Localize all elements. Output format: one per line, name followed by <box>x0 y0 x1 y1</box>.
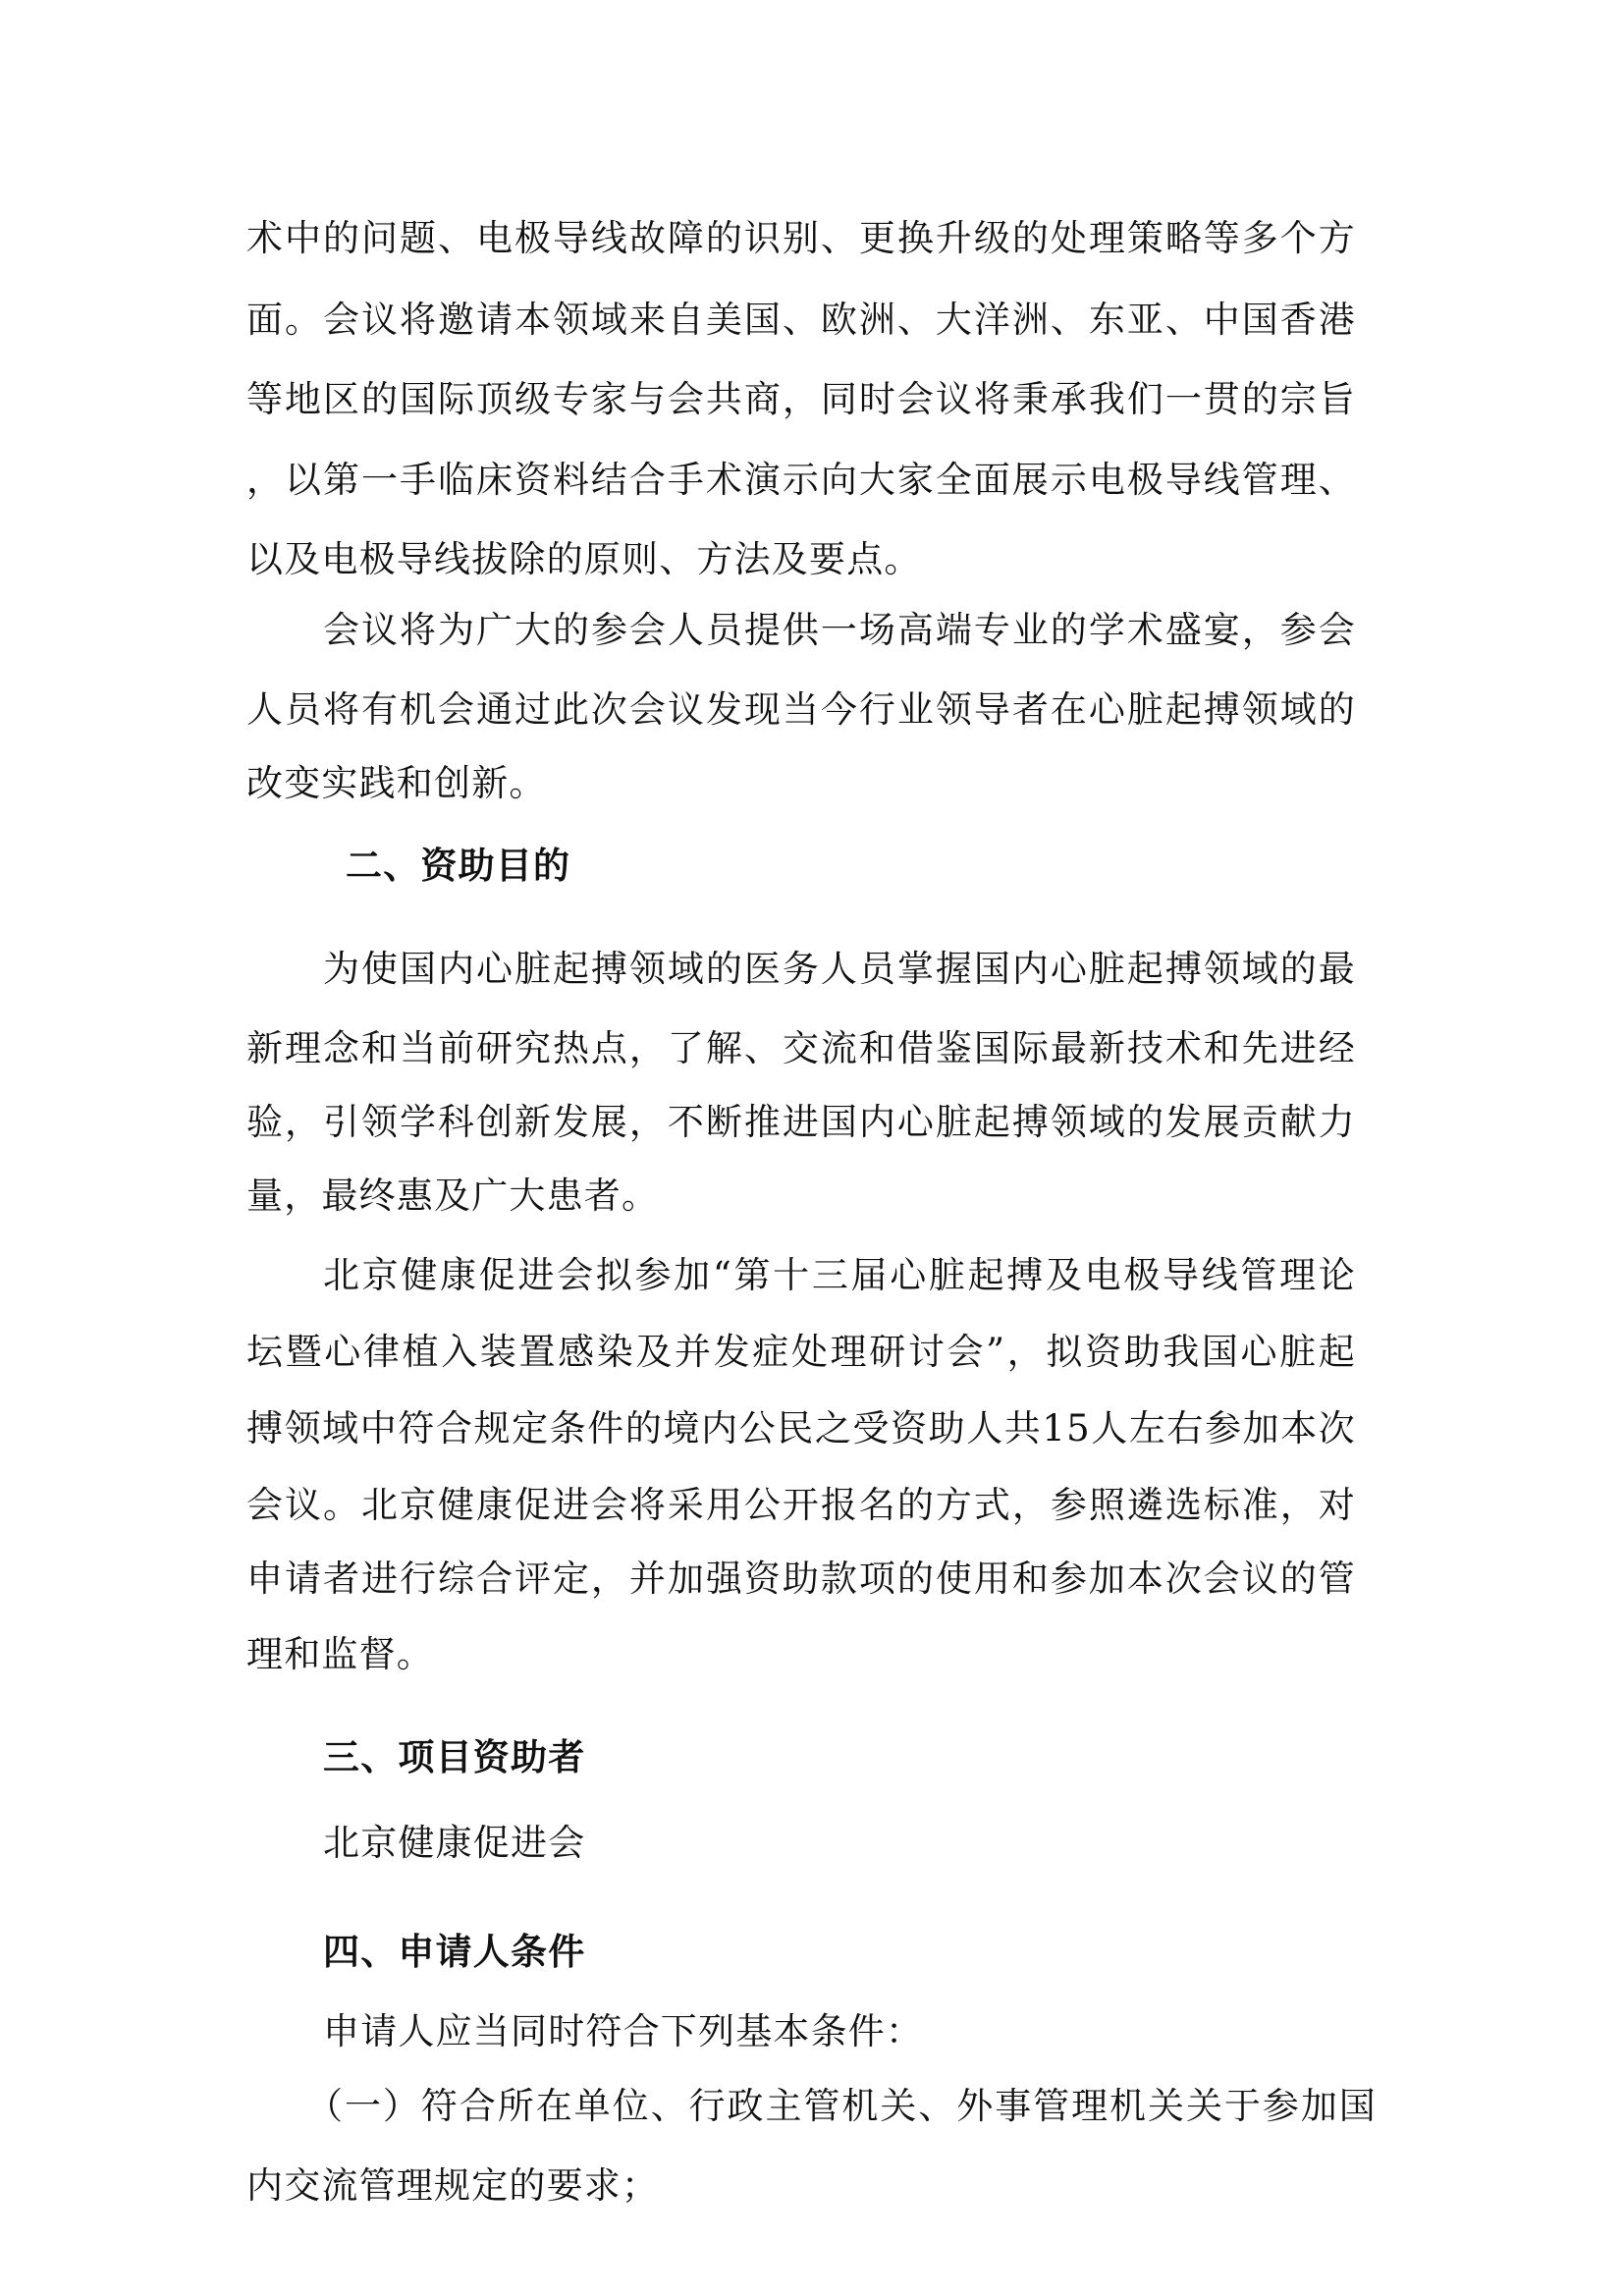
body-line: 等地区的国际顶级专家与会共商，同时会议将秉承我们一贯的宗旨 <box>246 378 1356 421</box>
body-line: ，以第一手临床资料结合手术演示向大家全面展示电极导线管理、 <box>246 459 1356 502</box>
body-line: 申请人应当同时符合下列基本条件： <box>323 2010 1356 2053</box>
body-line: 坛暨心律植入装置感染及并发症处理研讨会”，拟资助我国心脏起 <box>246 1331 1356 1374</box>
body-line: 北京健康促进会拟参加“第十三届心脏起搏及电极导线管理论 <box>323 1254 1356 1297</box>
body-line: 理和监督。 <box>246 1633 1356 1676</box>
body-line: 验，引领学科创新发展，不断推进国内心脏起搏领域的发展贡献力 <box>246 1101 1356 1144</box>
document-page: 术中的问题、电极导线故障的识别、更换升级的处理策略等多个方 面。会议将邀请本领域… <box>0 0 1623 2296</box>
body-line: 北京健康促进会 <box>323 1822 1356 1865</box>
body-line: 以及电极导线拔除的原则、方法及要点。 <box>246 538 1356 581</box>
body-line: 人员将有机会通过此次会议发现当今行业领导者在心脏起搏领域的 <box>246 688 1356 732</box>
body-line: 术中的问题、电极导线故障的识别、更换升级的处理策略等多个方 <box>246 217 1356 260</box>
body-line: 改变实践和创新。 <box>246 762 1356 805</box>
section-heading: 二、资助目的 <box>346 845 1455 888</box>
body-line: 搏领域中符合规定条件的境内公民之受资助人共15人左右参加本次 <box>246 1407 1356 1450</box>
body-line: 为使国内心脏起搏领域的医务人员掌握国内心脏起搏领域的最 <box>323 948 1356 991</box>
list-item-line: （一）符合所在单位、行政主管机关、外事管理机关关于参加国 <box>306 2085 1377 2128</box>
body-line: 申请者进行综合评定，并加强资助款项的使用和参加本次会议的管 <box>246 1558 1356 1601</box>
body-line: 会议将为广大的参会人员提供一场高端专业的学术盛宴，参会 <box>323 609 1356 652</box>
section-heading: 四、申请人条件 <box>323 1931 1433 1974</box>
body-line: 量，最终惠及广大患者。 <box>246 1175 1356 1218</box>
list-item-line: 内交流管理规定的要求； <box>246 2164 1356 2208</box>
body-line: 会议。北京健康促进会将采用公开报名的方式，参照遴选标准，对 <box>246 1484 1356 1527</box>
body-line: 面。会议将邀请本领域来自美国、欧洲、大洋洲、东亚、中国香港 <box>246 299 1356 342</box>
section-heading: 三、项目资助者 <box>323 1736 1433 1779</box>
body-line: 新理念和当前研究热点，了解、交流和借鉴国际最新技术和先进经 <box>246 1027 1356 1070</box>
